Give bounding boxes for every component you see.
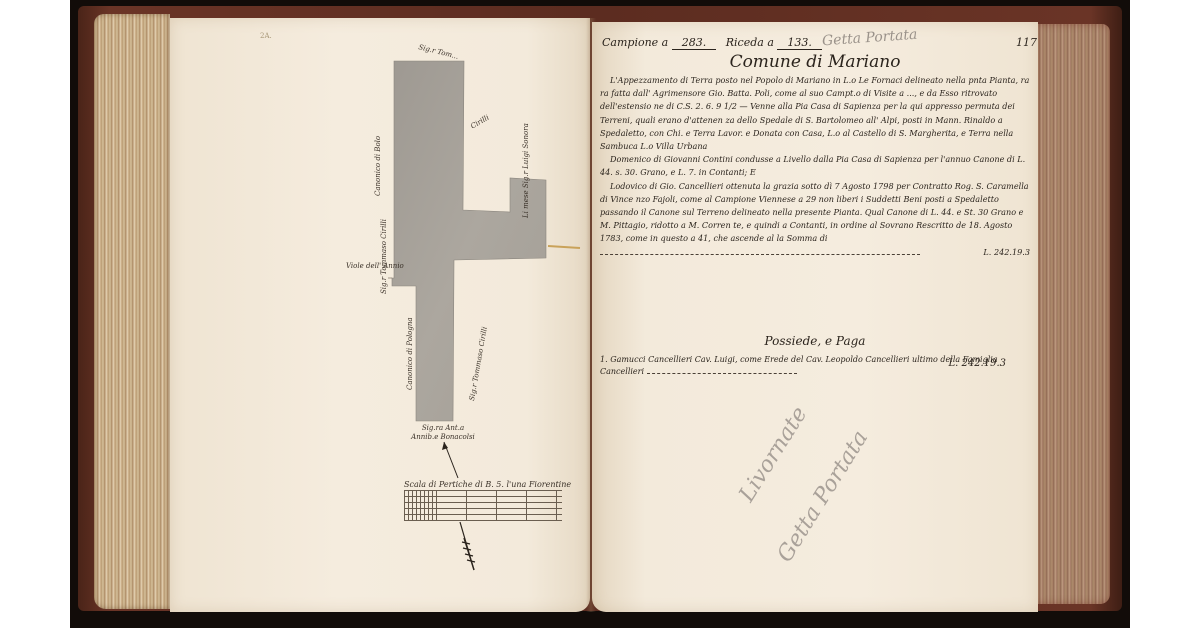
paragraph-livello: Domenico di Giovanni Contini condusse a … [600, 153, 1030, 179]
right-page-record: Campione a 283. Riceda a 133. Getta Port… [592, 22, 1038, 612]
total-amount: L. 242.19.3 [983, 246, 1030, 259]
riceda-value: 133. [777, 36, 822, 50]
page-edges-left [94, 14, 170, 609]
north-arrow-icon [440, 438, 490, 578]
left-page-map: 2A. Sig.r Tom... Cirilli Li mese Sig.r L… [170, 18, 590, 612]
paragraph-grazia: Lodovico di Gio. Cancellieri ottenuta la… [600, 180, 1030, 246]
section-title-possiede: Possiede, e Paga [592, 334, 1038, 348]
ledger-header: Campione a 283. Riceda a 133. [602, 36, 828, 50]
page-title: Comune di Mariano [592, 52, 1038, 72]
parcel-map-drawing [170, 18, 590, 612]
page-edges-right [1036, 24, 1110, 604]
record-body: L'Appezzamento di Terra posto nel Popolo… [600, 74, 1030, 259]
campione-value: 283. [672, 36, 717, 50]
entry-amount: L. 242.19.3 [948, 358, 1006, 370]
riceda-label: Riceda a [726, 36, 774, 49]
entry-number: 1. [600, 355, 608, 364]
label-west-mid: Sig.r Tommaso Cirilli [380, 219, 388, 294]
label-west-upper: Canonico di Bolo [374, 136, 382, 196]
parcel-shape [392, 61, 546, 421]
pencil-note-top: Getta Portata [822, 27, 918, 50]
campione-label: Campione a [602, 36, 668, 49]
owner-entry: 1. Gamucci Cancellieri Cav. Luigi, come … [600, 354, 1030, 378]
paragraph-description: L'Appezzamento di Terra posto nel Popolo… [600, 74, 1030, 153]
label-west-lower: Viole dell' Annio [346, 262, 404, 270]
pencil-annotation-1: Livornate [735, 403, 813, 507]
folio-number: 117 [1016, 36, 1037, 49]
label-south-west-strip: Canonico di Pologna [406, 317, 414, 390]
ledger-photograph: 2A. Sig.r Tom... Cirilli Li mese Sig.r L… [70, 0, 1130, 628]
label-east: Li mese Sig.r Luigi Sonora [522, 123, 530, 218]
